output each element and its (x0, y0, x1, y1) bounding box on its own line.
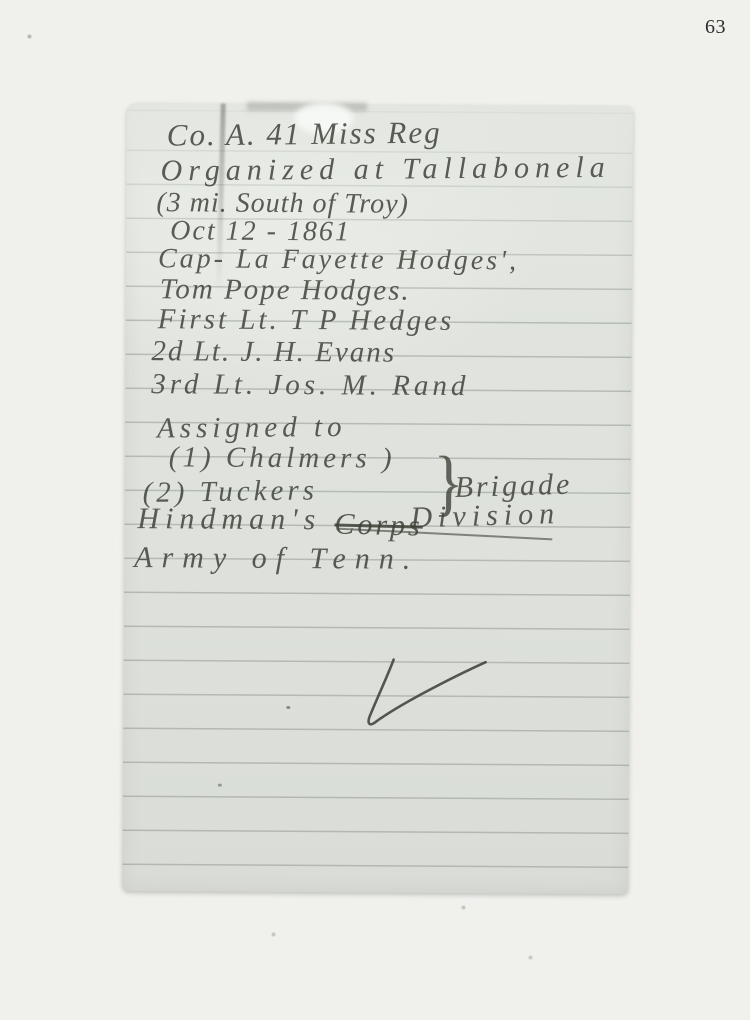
handwriting-line-first-lt: First Lt. T P Hedges (158, 303, 455, 338)
handwriting-line-assigned-to: Assigned to (157, 411, 347, 445)
handwriting-line-organized: Organized at Tallabonela (160, 151, 610, 189)
handwriting-hindman: Hindman's (137, 502, 321, 537)
handwriting-line-third-lt: 3rd Lt. Jos. M. Rand (151, 368, 469, 403)
handwriting-line-company: Co. A. 41 Miss Reg (167, 115, 442, 154)
handwriting-line-captain: Cap- La Fayette Hodges', (158, 243, 519, 277)
handwriting-line-second-lt: 2d Lt. J. H. Evans (151, 335, 396, 369)
pencil-dots (286, 706, 290, 709)
page-number: 63 (705, 16, 726, 39)
handwriting-line-chalmers: (1) Chalmers ) (169, 441, 396, 475)
checkmark-icon (363, 652, 491, 731)
handwriting-line-army: Army of Tenn. (134, 541, 419, 577)
dust-specks (0, 0, 3, 3)
note-paper: Co. A. 41 Miss Reg Organized at Tallabon… (122, 103, 633, 894)
handwriting-division: Division (410, 497, 561, 535)
scan-background: 63 Co. A. 41 Miss Reg Organized at Talla… (0, 0, 750, 1020)
